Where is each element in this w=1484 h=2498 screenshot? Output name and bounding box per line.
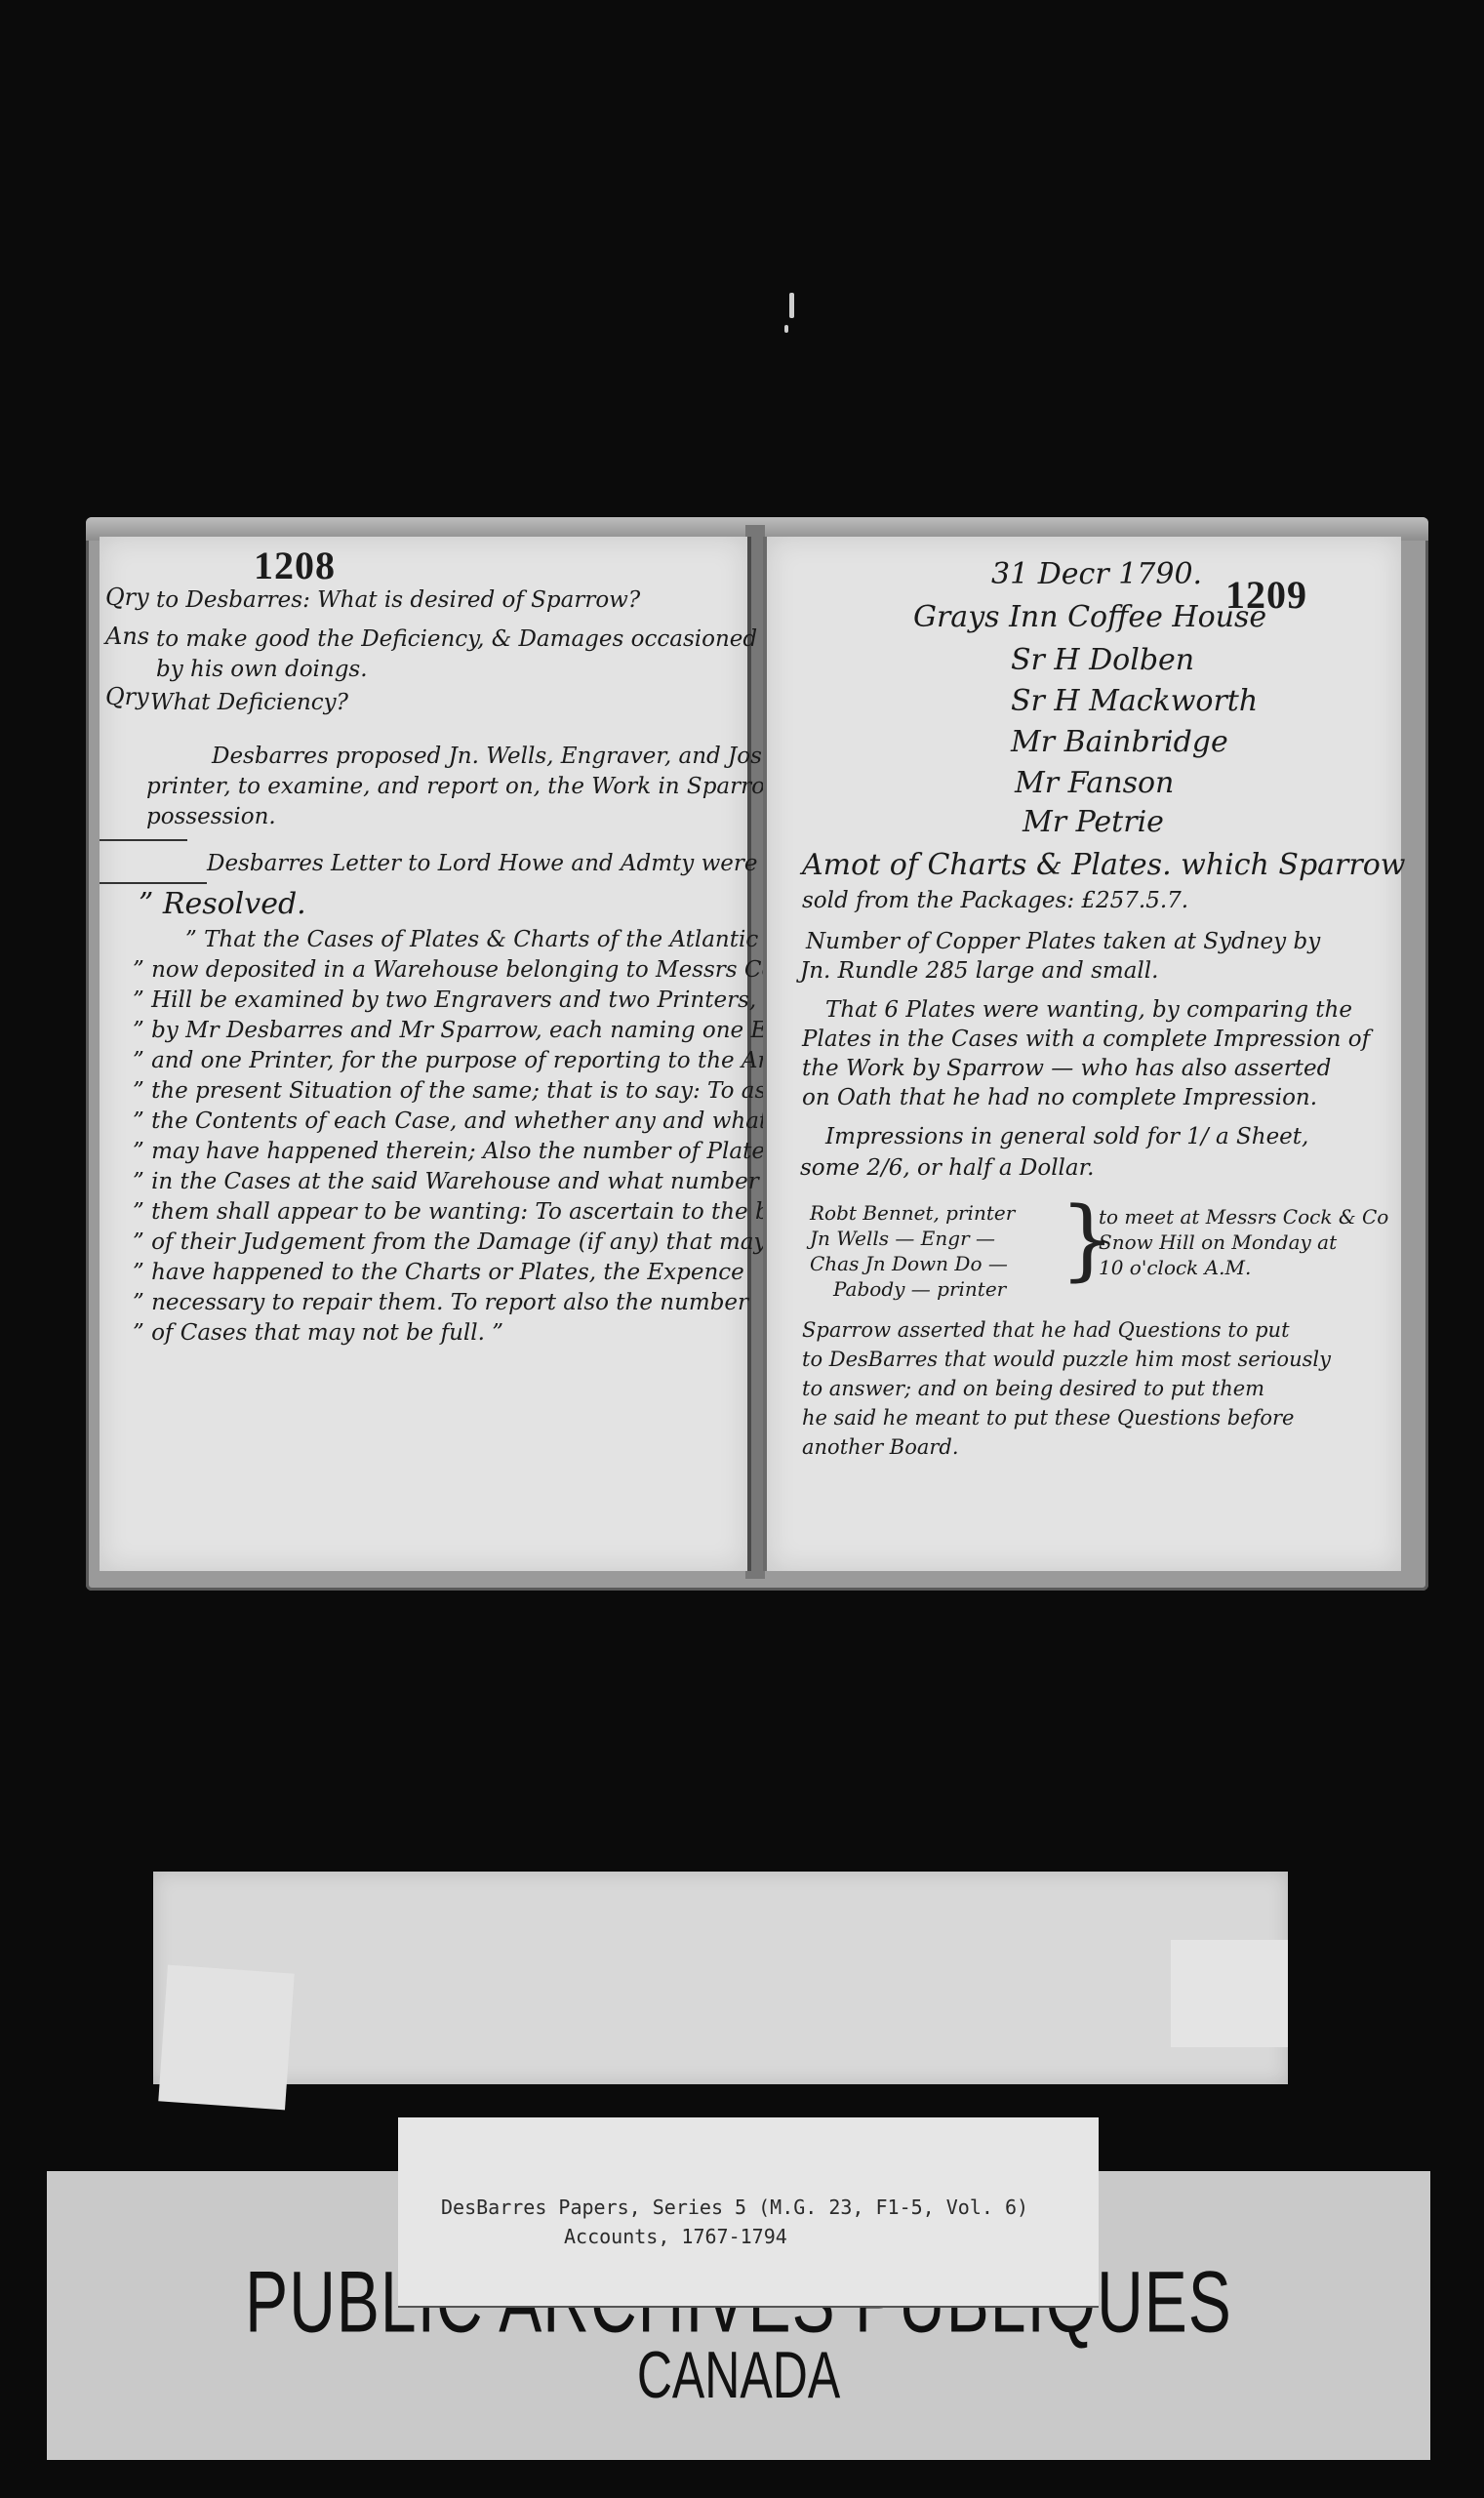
right-page: 31 Decr 1790. 1209 Grays Inn Coffee Hous… (763, 537, 1401, 1571)
entry-question-2: What Deficiency? (150, 688, 348, 718)
wanting-line-1: That 6 Plates were wanting, by comparing… (825, 995, 1352, 1026)
wanting-line-4: on Oath that he had no complete Impressi… (802, 1083, 1317, 1113)
attendee: Mr Fanson (1015, 765, 1174, 802)
entry-answer-line-2: by his own doings. (156, 655, 368, 685)
left-page: 1208 Qry Ans Qry to Desbarres: What is d… (100, 537, 751, 1571)
collection-label: DesBarres Papers, Series 5 (M.G. 23, F1-… (398, 2117, 1099, 2306)
archive-country: CANADA (47, 2337, 1430, 2413)
impressions-line-2: some 2/6, or half a Dollar. (800, 1153, 1094, 1184)
meeting-date: 31 Decr 1790. (991, 556, 1202, 593)
letter-read-line: Desbarres Letter to Lord Howe and Admty … (207, 849, 817, 879)
closing-line: another Board. (802, 1432, 959, 1463)
folio-number-left: 1208 (254, 543, 336, 588)
proposal-line-2: printer, to examine, and report on, the … (146, 772, 802, 802)
divider-rule (100, 882, 207, 884)
slip-tab (1171, 1940, 1288, 2047)
margin-label-query: Qry (105, 584, 149, 611)
margin-label-query: Qry (105, 683, 149, 710)
plates-line-2: Jn. Rundle 285 large and small. (800, 956, 1158, 987)
resolution-line: ” the present Situation of the same; tha… (133, 1076, 847, 1107)
blank-paper-slip (153, 1872, 1288, 2084)
slip-tab (158, 1965, 294, 2111)
collection-subtitle: Accounts, 1767-1794 (564, 2225, 787, 2248)
resolution-line: ” may have happened therein; Also the nu… (133, 1137, 830, 1167)
closing-line: to DesBarres that would puzzle him most … (802, 1345, 1331, 1375)
proposal-line-3: possession. (146, 802, 276, 832)
resolution-line: ” and one Printer, for the purpose of re… (133, 1046, 867, 1076)
attendee: Sr H Mackworth (1011, 683, 1258, 720)
film-speck (789, 293, 794, 318)
resolution-line: ” of their Judgement from the Damage (if… (133, 1228, 767, 1258)
entry-question-1: to Desbarres: What is desired of Sparrow… (156, 585, 640, 616)
resolution-line: ” by Mr Desbarres and Mr Sparrow, each n… (133, 1016, 857, 1046)
resolved-heading: ” Resolved. (139, 886, 306, 923)
margin-label-answer: Ans (105, 623, 149, 650)
resolution-line: ” the Contents of each Case, and whether… (133, 1107, 869, 1137)
resolution-line: ” in the Cases at the said Warehouse and… (133, 1167, 787, 1197)
wanting-line-2: Plates in the Cases with a complete Impr… (802, 1025, 1370, 1055)
proposal-line-1: Desbarres proposed Jn. Wells, Engraver, … (212, 742, 858, 772)
entry-answer-line-1: to make good the Deficiency, & Damages o… (156, 624, 757, 655)
film-speck (784, 325, 788, 333)
amount-line-2: sold from the Packages: £257.5.7. (802, 886, 1188, 916)
closing-line: he said he meant to put these Questions … (802, 1403, 1294, 1433)
attendee: Mr Bainbridge (1011, 724, 1228, 761)
resolution-line: ” them shall appear to be wanting: To as… (133, 1197, 803, 1228)
wanting-line-3: the Work by Sparrow — who has also asser… (802, 1054, 1331, 1084)
collection-line: DesBarres Papers, Series 5 (M.G. 23, F1-… (441, 2196, 1028, 2219)
meeting-note: 10 o'clock A.M. (1099, 1253, 1251, 1283)
closing-line: Sparrow asserted that he had Questions t… (802, 1315, 1290, 1346)
resolution-line: ” of Cases that may not be full. ” (133, 1318, 503, 1349)
attendee: Sr H Dolben (1011, 642, 1194, 679)
meeting-place: Grays Inn Coffee House (913, 599, 1266, 636)
resolution-line: ” have happened to the Charts or Plates,… (133, 1258, 744, 1288)
closing-line: to answer; and on being desired to put t… (802, 1374, 1264, 1404)
divider-rule (100, 839, 187, 841)
plates-line-1: Number of Copper Plates taken at Sydney … (806, 927, 1320, 957)
attendee: Mr Petrie (1023, 804, 1164, 841)
amount-line-1: Amot of Charts & Plates. which Sparrow (802, 847, 1405, 884)
meeting-name: Pabody — printer (833, 1274, 1006, 1305)
impressions-line-1: Impressions in general sold for 1/ a She… (825, 1122, 1308, 1152)
notebook-spread: 1208 Qry Ans Qry to Desbarres: What is d… (86, 517, 1428, 1591)
resolution-line: ” necessary to repair them. To report al… (133, 1288, 748, 1318)
